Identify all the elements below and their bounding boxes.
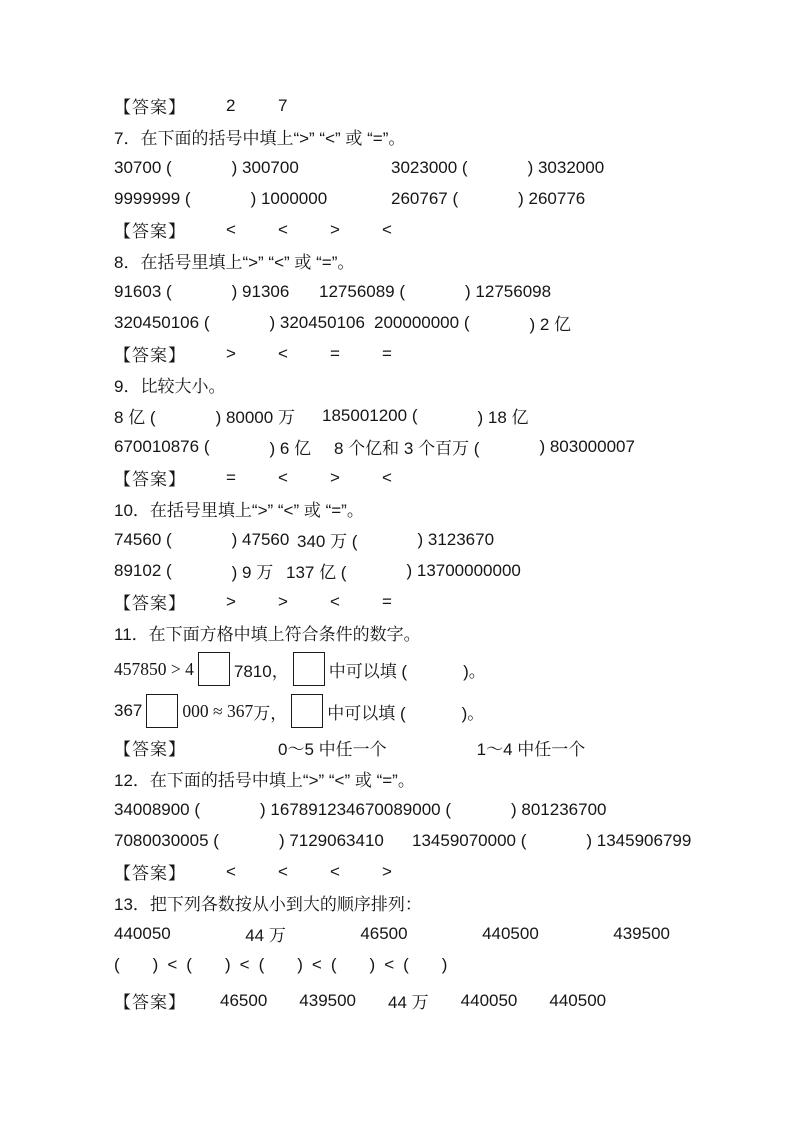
compare-pair: 34008900 ( ) 167891234: [114, 800, 356, 820]
q8-row-2: 320450106 ( ) 320450106 200000000 ( ) 2 …: [114, 307, 693, 338]
compare-left: 9999999 (: [114, 189, 191, 209]
compare-pair: 7080030005 ( ) 7129063410: [114, 831, 412, 851]
answer-value: <: [278, 468, 292, 488]
question-title-text: 13．把下列各数按从小到大的顺序排列：: [114, 890, 422, 915]
compare-left: 12756089 (: [319, 282, 405, 302]
question-title-text: 7．在下面的括号中填上“>” “<” 或 “=”。: [114, 124, 405, 149]
compare-right: ) 803000007: [539, 437, 634, 457]
q10-row-1: 74560 ( ) 47560 340 万 ( ) 3123670: [114, 524, 693, 555]
q10-row-2: 89102 ( ) 9 万 137 亿 ( ) 13700000000: [114, 555, 693, 586]
question-13-title: 13．把下列各数按从小到大的顺序排列：: [114, 887, 693, 918]
compare-pair: 8 个亿和 3 个百万 ( ) 803000007: [334, 434, 635, 459]
question-title-text: 12．在下面的括号中填上“>” “<” 或 “=”。: [114, 766, 415, 791]
approx-text: 367: [114, 701, 142, 721]
number-item: 440050: [114, 924, 171, 944]
answer-value: 0～5 中任一个: [278, 735, 387, 760]
answer-value: <: [226, 220, 240, 240]
answer-label: 【答案】: [114, 93, 186, 118]
q8-answer-row: 【答案】 > < = =: [114, 338, 693, 369]
answer-value: =: [226, 468, 240, 488]
worksheet-page: 【答案】 2 7 7．在下面的括号中填上“>” “<” 或 “=”。 30700…: [0, 0, 793, 1122]
compare-left: 200000000 (: [374, 313, 469, 333]
less-than-sign: <: [240, 955, 250, 975]
question-12-title: 12．在下面的括号中填上“>” “<” 或 “=”。: [114, 763, 693, 794]
question-title-text: 10．在括号里填上“>” “<” 或 “=”。: [114, 496, 364, 521]
fill-box: [198, 652, 230, 686]
compare-pair: 670089000 ( ) 801236700: [356, 800, 607, 820]
compare-pair: 137 亿 ( ) 13700000000: [286, 558, 521, 583]
answer-label: 【答案】: [114, 341, 186, 366]
compare-right: ) 13700000000: [406, 561, 520, 581]
answer-value: <: [278, 344, 292, 364]
answer-value: 46500: [220, 991, 267, 1011]
compare-right: ) 167891234: [260, 800, 355, 820]
compare-pair: 9999999 ( ) 1000000: [114, 189, 391, 209]
paren-open: (: [259, 955, 265, 975]
compare-right: ) 801236700: [511, 800, 606, 820]
paren-close: ): [370, 955, 376, 975]
compare-left: 320450106 (: [114, 313, 209, 333]
question-title-text: 11．在下面方格中填上符合条件的数字。: [114, 620, 421, 645]
answer-value: >: [226, 344, 240, 364]
fill-prompt-text: )。: [462, 699, 485, 724]
answer-label: 【答案】: [114, 465, 186, 490]
paren-close: ): [442, 955, 448, 975]
compare-left: 89102 (: [114, 561, 172, 581]
less-than-sign: <: [384, 955, 394, 975]
answer-value: >: [330, 220, 344, 240]
number-list: 440050 44 万 46500 440500 439500: [114, 921, 670, 946]
fill-prompt-text: )。: [463, 657, 486, 682]
answer-value: <: [382, 220, 396, 240]
answer-value: 440050: [461, 991, 518, 1011]
compare-right: ) 80000 万: [216, 403, 295, 428]
compare-left: 91603 (: [114, 282, 172, 302]
compare-pair: 91603 ( ) 91306: [114, 282, 319, 302]
compare-pair: 340 万 ( ) 3123670: [297, 527, 494, 552]
q13-answer-row: 【答案】 46500 439500 44 万 440050 440500: [114, 985, 693, 1016]
answer-value: =: [382, 344, 396, 364]
paren-close: ): [153, 955, 159, 975]
q11-row-2: 367 000 ≈ 367 万， 中可以填 ( )。: [114, 690, 693, 732]
answer-value: 44 万: [388, 988, 429, 1013]
compare-pair: 13459070000 ( ) 1345906799: [412, 831, 691, 851]
q13-numbers-row: 440050 44 万 46500 440500 439500: [114, 918, 693, 949]
question-9-title: 9．比较大小。: [114, 369, 693, 400]
answer-value: >: [226, 592, 240, 612]
approx-text: 000 ≈ 367: [182, 701, 253, 722]
fill-prompt-text: 中可以填 (: [327, 699, 405, 724]
q11-answer-row: 【答案】 0～5 中任一个 1～4 中任一个: [114, 732, 693, 763]
compare-left: 8 个亿和 3 个百万 (: [334, 434, 479, 459]
compare-pair: 8 亿 ( ) 80000 万: [114, 403, 322, 428]
compare-right: ) 300700: [232, 158, 299, 178]
compare-pair: 12756089 ( ) 12756098: [319, 282, 551, 302]
answer-value: <: [278, 862, 292, 882]
question-11-title: 11．在下面方格中填上符合条件的数字。: [114, 617, 693, 648]
prev-answer-row: 【答案】 2 7: [114, 90, 693, 121]
q7-answer-row: 【答案】 < < > <: [114, 214, 693, 245]
compare-right: ) 91306: [232, 282, 290, 302]
compare-right: ) 3032000: [528, 158, 605, 178]
compare-left: 137 亿 (: [286, 558, 346, 583]
paren-open: (: [114, 955, 120, 975]
compare-right: ) 7129063410: [279, 831, 384, 851]
compare-right: ) 3123670: [417, 530, 494, 550]
answer-value: =: [382, 592, 396, 612]
q7-row-2: 9999999 ( ) 1000000 260767 ( ) 260776: [114, 183, 693, 214]
compare-left: 340 万 (: [297, 527, 357, 552]
paren-open: (: [403, 955, 409, 975]
compare-left: 260767 (: [391, 189, 458, 209]
q13-ordering-row: () < () < () < () < (): [114, 949, 693, 980]
compare-pair: 200000000 ( ) 2 亿: [374, 310, 571, 335]
q8-row-1: 91603 ( ) 91306 12756089 ( ) 12756098: [114, 276, 693, 307]
question-10-title: 10．在括号里填上“>” “<” 或 “=”。: [114, 493, 693, 524]
inequality-text: 457850 > 4: [114, 659, 194, 680]
answer-value: <: [278, 220, 292, 240]
number-item: 46500: [360, 924, 407, 944]
compare-left: 30700 (: [114, 158, 172, 178]
answer-value: <: [330, 862, 344, 882]
answer-value: <: [382, 468, 396, 488]
compare-left: 13459070000 (: [412, 831, 526, 851]
compare-pair: 89102 ( ) 9 万: [114, 558, 286, 583]
compare-right: ) 1345906799: [586, 831, 691, 851]
answer-value: 7: [278, 96, 292, 116]
compare-right: ) 9 万: [232, 558, 274, 583]
fill-box: [293, 652, 325, 686]
answer-value: 439500: [299, 991, 356, 1011]
compare-left: 74560 (: [114, 530, 172, 550]
answer-label: 【答案】: [114, 859, 186, 884]
q12-row-2: 7080030005 ( ) 7129063410 13459070000 ( …: [114, 825, 693, 856]
answer-value: 1～4 中任一个: [477, 735, 586, 760]
approx-text: 万，: [253, 699, 287, 724]
compare-pair: 670010876 ( ) 6 亿: [114, 434, 334, 459]
compare-left: 670089000 (: [356, 800, 451, 820]
answer-label: 【答案】: [114, 735, 186, 760]
number-item: 439500: [613, 924, 670, 944]
compare-right: ) 12756098: [465, 282, 551, 302]
number-item: 440500: [482, 924, 539, 944]
answer-value: 2: [226, 96, 240, 116]
paren-close: ): [297, 955, 303, 975]
fill-box: [291, 694, 323, 728]
answer-value: >: [382, 862, 396, 882]
compare-left: 670010876 (: [114, 437, 209, 457]
compare-pair: 3023000 ( ) 3032000: [391, 158, 604, 178]
q12-answer-row: 【答案】 < < < >: [114, 856, 693, 887]
compare-left: 8 亿 (: [114, 403, 156, 428]
q12-row-1: 34008900 ( ) 167891234 670089000 ( ) 801…: [114, 794, 693, 825]
answer-value: >: [330, 468, 344, 488]
inequality-text: 7810，: [234, 657, 289, 682]
answer-value: <: [330, 592, 344, 612]
number-item: 44 万: [245, 921, 286, 946]
fill-prompt-text: 中可以填 (: [329, 657, 407, 682]
compare-pair: 260767 ( ) 260776: [391, 189, 585, 209]
q9-answer-row: 【答案】 = < > <: [114, 462, 693, 493]
q9-row-1: 8 亿 ( ) 80000 万 185001200 ( ) 18 亿: [114, 400, 693, 431]
question-7-title: 7．在下面的括号中填上“>” “<” 或 “=”。: [114, 121, 693, 152]
compare-pair: 30700 ( ) 300700: [114, 158, 391, 178]
q9-row-2: 670010876 ( ) 6 亿 8 个亿和 3 个百万 ( ) 803000…: [114, 431, 693, 462]
compare-left: 7080030005 (: [114, 831, 219, 851]
answer-label: 【答案】: [114, 589, 186, 614]
compare-right: ) 1000000: [251, 189, 328, 209]
less-than-sign: <: [312, 955, 322, 975]
paren-open: (: [186, 955, 192, 975]
compare-left: 34008900 (: [114, 800, 200, 820]
paren-open: (: [331, 955, 337, 975]
question-8-title: 8．在括号里填上“>” “<” 或 “=”。: [114, 245, 693, 276]
question-title-text: 8．在括号里填上“>” “<” 或 “=”。: [114, 248, 354, 273]
q10-answer-row: 【答案】 > > < =: [114, 586, 693, 617]
compare-left: 185001200 (: [322, 406, 417, 426]
paren-close: ): [225, 955, 231, 975]
fill-box: [146, 694, 178, 728]
compare-right: ) 47560: [232, 530, 290, 550]
answer-label: 【答案】: [114, 217, 186, 242]
compare-right: ) 2 亿: [529, 310, 571, 335]
q7-row-1: 30700 ( ) 300700 3023000 ( ) 3032000: [114, 152, 693, 183]
compare-right: ) 18 亿: [477, 403, 528, 428]
answer-label: 【答案】: [114, 988, 186, 1013]
compare-pair: 185001200 ( ) 18 亿: [322, 403, 529, 428]
compare-pair: 74560 ( ) 47560: [114, 530, 297, 550]
answer-value: =: [330, 344, 344, 364]
compare-right: ) 320450106: [269, 313, 364, 333]
compare-right: ) 260776: [518, 189, 585, 209]
answer-value: >: [278, 592, 292, 612]
answer-value: <: [226, 862, 240, 882]
compare-left: 3023000 (: [391, 158, 468, 178]
less-than-sign: <: [167, 955, 177, 975]
q11-row-1: 457850 > 4 7810， 中可以填 ( )。: [114, 648, 693, 690]
compare-right: ) 6 亿: [269, 434, 311, 459]
answer-value: 440500: [549, 991, 606, 1011]
question-title-text: 9．比较大小。: [114, 372, 225, 397]
compare-pair: 320450106 ( ) 320450106: [114, 313, 374, 333]
